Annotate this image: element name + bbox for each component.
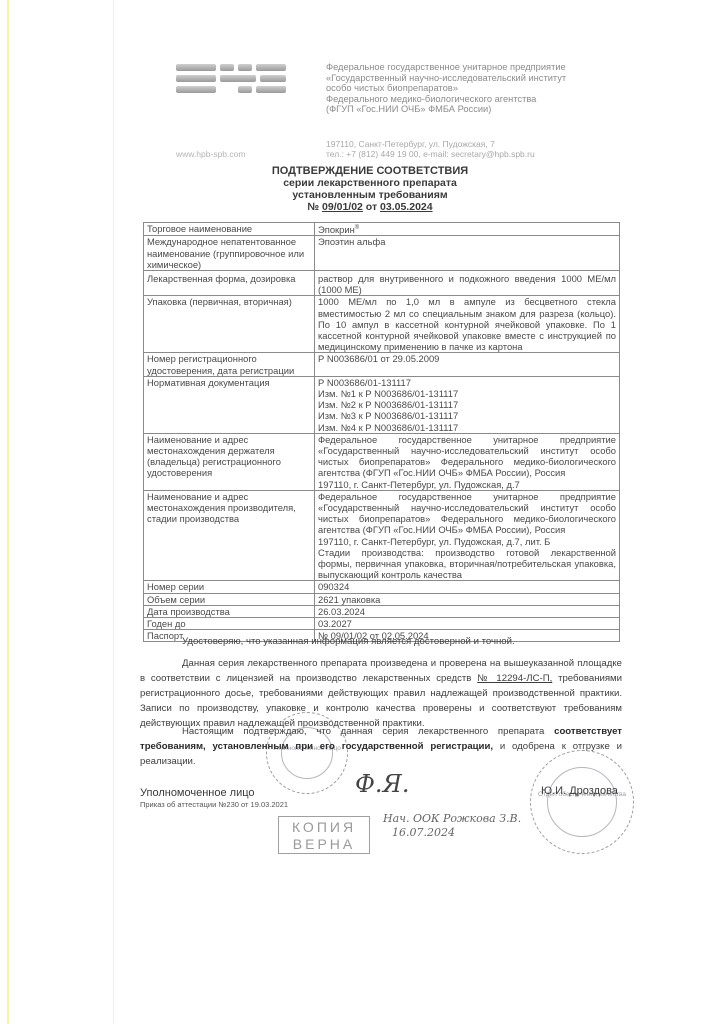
handwritten-note: Нач. ООК Рожкова З.В. bbox=[383, 812, 521, 825]
table-row: Объем серии 2621 упаковка bbox=[144, 593, 620, 605]
production-statement: Данная серия лекарственного препарата пр… bbox=[140, 656, 622, 731]
website: www.hpb-spb.com bbox=[176, 149, 245, 159]
table-row: Лекарственная форма, дозировка раствор д… bbox=[144, 270, 620, 295]
certified-copy-stamp: КОПИЯ ВЕРНА bbox=[278, 816, 370, 854]
signature: Ф.Я. bbox=[355, 770, 410, 798]
document-number: № 09/01/02 от 03.05.2024 bbox=[200, 201, 540, 213]
attestation-order: Приказ об аттестации №230 от 19.03.2021 bbox=[140, 800, 288, 809]
license-number: № 12294-ЛС-П, bbox=[477, 673, 552, 684]
certification-statement: Удостоверяю, что указанная информация яв… bbox=[140, 634, 622, 649]
signer-name: Ю.И. Дроздова bbox=[541, 785, 618, 797]
table-row: Упаковка (первичная, вторичная) 1000 МЕ/… bbox=[144, 296, 620, 353]
table-row: Наименование и адрес местонахождения про… bbox=[144, 490, 620, 581]
organization-address: 197110, Санкт-Петербург, ул. Пудожская, … bbox=[326, 139, 535, 159]
table-row: Номер регистрационного удостоверения, да… bbox=[144, 353, 620, 376]
organization-name: Федеральное государственное унитарное пр… bbox=[326, 62, 566, 115]
table-row: Годен до 03.2027 bbox=[144, 618, 620, 630]
document-title: ПОДТВЕРЖДЕНИЕ СООТВЕТСТВИЯ серии лекарст… bbox=[200, 165, 540, 213]
organization-logo-icon bbox=[176, 64, 286, 100]
handwritten-date: 16.07.2024 bbox=[392, 826, 455, 839]
table-row: Номер серии 090324 bbox=[144, 581, 620, 593]
table-row: Наименование и адрес местонахождения дер… bbox=[144, 433, 620, 490]
authorized-person-label: Уполномоченное лицо bbox=[140, 787, 255, 799]
table-row: Торговое наименование Эпокрин® bbox=[144, 223, 620, 236]
table-row: Нормативная документация Р N003686/01-13… bbox=[144, 376, 620, 433]
scan-edge-mark bbox=[113, 0, 114, 1024]
quality-department-stamp: Отдел обеспечения качества bbox=[530, 750, 634, 854]
table-row: Международное непатентованное наименован… bbox=[144, 236, 620, 271]
batch-info-table: Торговое наименование Эпокрин® Междунаро… bbox=[143, 222, 620, 642]
table-row: Дата производства 26.03.2024 bbox=[144, 605, 620, 617]
scan-edge-mark bbox=[7, 0, 9, 1024]
letterhead: Федеральное государственное унитарное пр… bbox=[176, 64, 636, 154]
